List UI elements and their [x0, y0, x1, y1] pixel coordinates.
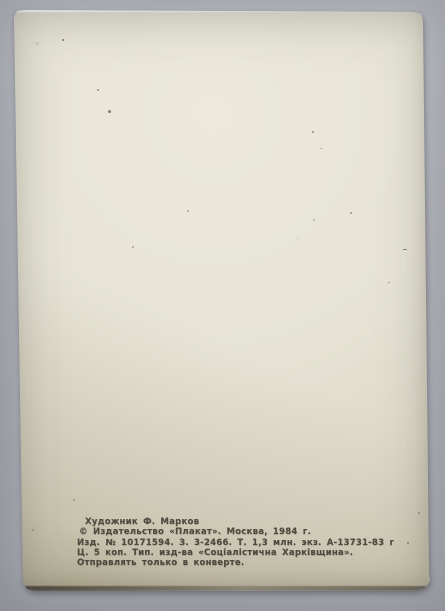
publisher-line: © Издательство «Плакат». Москва, 1984 г. — [79, 527, 407, 537]
price-printer-line: Ц. 5 коп. Тип. изд-ва «Соціалістична Хар… — [77, 548, 407, 558]
edition-number-line: Изд. № 10171594. З. 3-2466. Т. 1,3 млн. … — [77, 538, 407, 548]
photograph-background: Художник Ф. Марков © Издательство «Плака… — [0, 0, 445, 611]
card-bottom-edge-shadow — [21, 586, 426, 591]
publisher-imprint: Художник Ф. Марков © Издательство «Плака… — [77, 517, 407, 568]
card-left-edge-highlight — [12, 17, 14, 579]
postcard-shadow-wrap: Художник Ф. Марков © Издательство «Плака… — [0, 0, 445, 611]
artist-credit-line: Художник Ф. Марков — [85, 517, 407, 527]
card-top-edge-highlight — [15, 9, 423, 12]
mailing-instruction-line: Отправлять только в конверте. — [77, 558, 407, 568]
postcard-back: Художник Ф. Марков © Издательство «Плака… — [11, 9, 431, 591]
